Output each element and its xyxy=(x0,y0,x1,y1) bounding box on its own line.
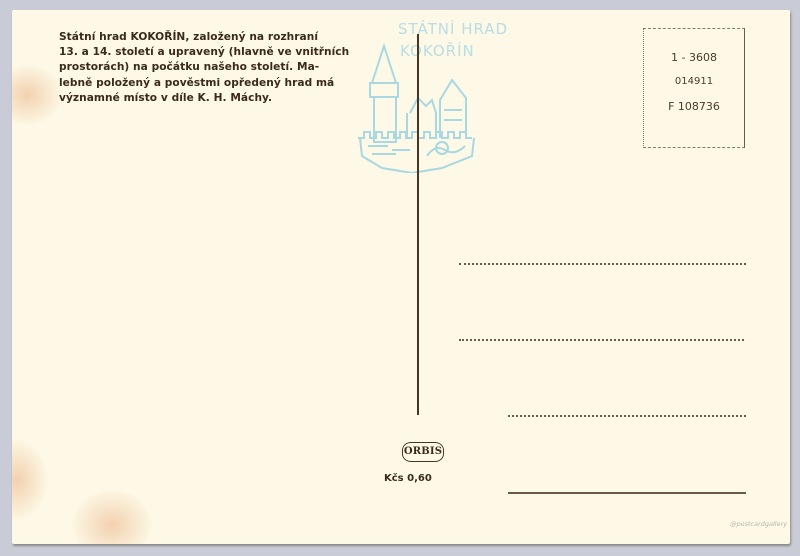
postage-box: 1 - 3608 014911 F 108736 xyxy=(643,28,745,148)
description-line: lebně položený a pověstmi opředený hrad … xyxy=(59,76,361,91)
age-stain xyxy=(72,490,152,544)
address-line-2 xyxy=(459,339,744,341)
price-label: Kčs 0,60 xyxy=(384,473,464,484)
publisher-logo: ORBIS xyxy=(402,442,444,462)
description-line: prostorách) na počátku našeho století. M… xyxy=(59,60,361,75)
watermark: @postcardgallery xyxy=(730,520,787,528)
description-line: Státní hrad KOKOŘÍN, založený na rozhran… xyxy=(59,30,361,45)
stamp-line-1: STÁTNÍ HRAD xyxy=(398,18,508,40)
description-line: 13. a 14. století a upravený (hlavně ve … xyxy=(59,45,361,60)
castle-description: Státní hrad KOKOŘÍN, založený na rozhran… xyxy=(59,30,361,106)
description-line: významné místo v díle K. H. Máchy. xyxy=(59,91,361,106)
postcard-back: Státní hrad KOKOŘÍN, založený na rozhran… xyxy=(12,10,790,544)
postage-code-1: 1 - 3608 xyxy=(644,51,744,64)
age-stain xyxy=(12,440,47,520)
address-line-1 xyxy=(459,263,746,265)
castle-stamp-text: STÁTNÍ HRAD KOKOŘÍN xyxy=(398,18,508,62)
postage-code-2: 014911 xyxy=(644,76,744,87)
stamp-line-2: KOKOŘÍN xyxy=(398,40,508,62)
address-line-4 xyxy=(508,492,746,494)
postage-code-3: F 108736 xyxy=(644,100,744,113)
center-divider xyxy=(417,34,419,415)
age-stain xyxy=(12,65,62,125)
address-line-3 xyxy=(508,415,746,417)
